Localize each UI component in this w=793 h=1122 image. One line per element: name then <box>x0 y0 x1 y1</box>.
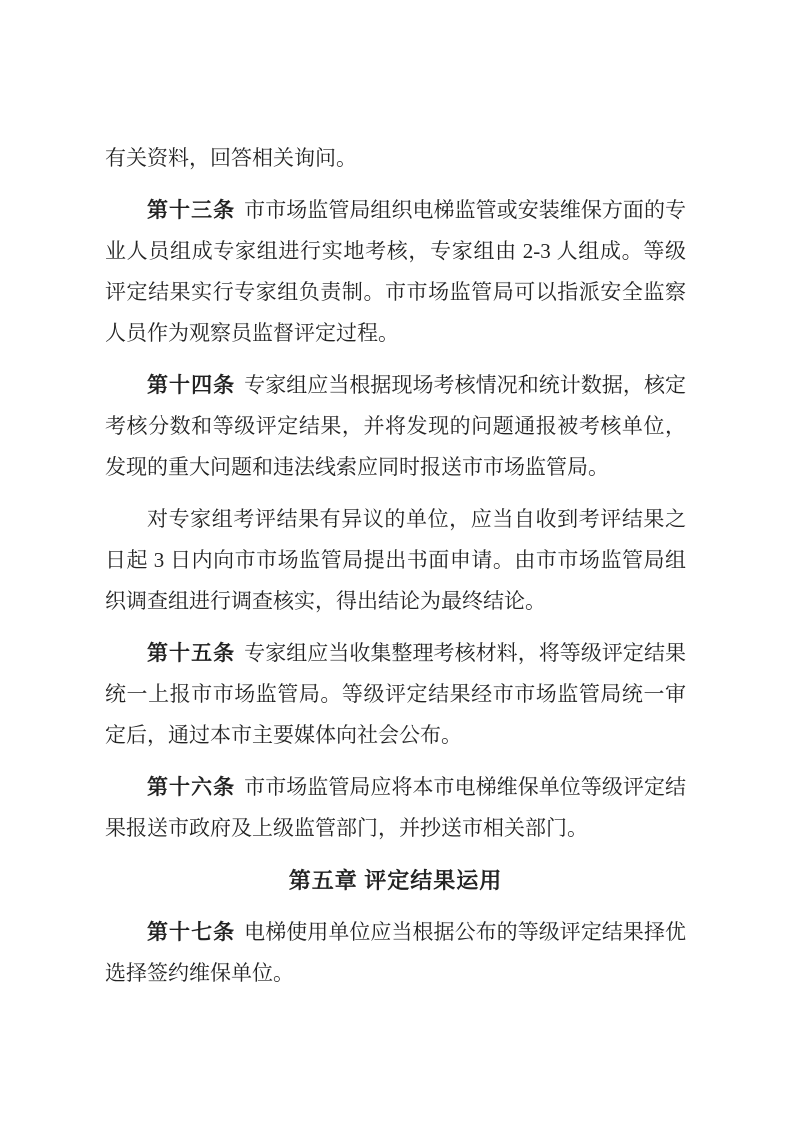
article-15-paragraph: 第十五条专家组应当收集整理考核材料，将等级评定结果统一上报市市场监管局。等级评定… <box>105 633 686 756</box>
article-16-term: 第十六条 <box>147 775 235 799</box>
chapter-5-heading: 第五章 评定结果运用 <box>105 860 686 901</box>
article-14-paragraph: 第十四条专家组应当根据现场考核情况和统计数据，核定考核分数和等级评定结果，并将发… <box>105 365 686 488</box>
continuation-line: 有关资料，回答相关询问。 <box>105 138 686 179</box>
article-17-paragraph: 第十七条电梯使用单位应当根据公布的等级评定结果择优选择签约维保单位。 <box>105 912 686 994</box>
article-15-term: 第十五条 <box>147 641 235 665</box>
article-17-term: 第十七条 <box>147 920 235 944</box>
article-16-paragraph: 第十六条市市场监管局应将本市电梯维保单位等级评定结果报送市政府及上级监管部门，并… <box>105 767 686 849</box>
document-page: 有关资料，回答相关询问。 第十三条市市场监管局组织电梯监管或安装维保方面的专业人… <box>0 0 793 1122</box>
appeal-paragraph: 对专家组考评结果有异议的单位，应当自收到考评结果之日起 3 日内向市市场监管局提… <box>105 499 686 622</box>
article-13-term: 第十三条 <box>147 198 235 222</box>
article-14-term: 第十四条 <box>147 373 235 397</box>
article-13-paragraph: 第十三条市市场监管局组织电梯监管或安装维保方面的专业人员组成专家组进行实地考核，… <box>105 190 686 354</box>
appeal-paragraph-body: 对专家组考评结果有异议的单位，应当自收到考评结果之日起 3 日内向市市场监管局提… <box>105 507 686 613</box>
